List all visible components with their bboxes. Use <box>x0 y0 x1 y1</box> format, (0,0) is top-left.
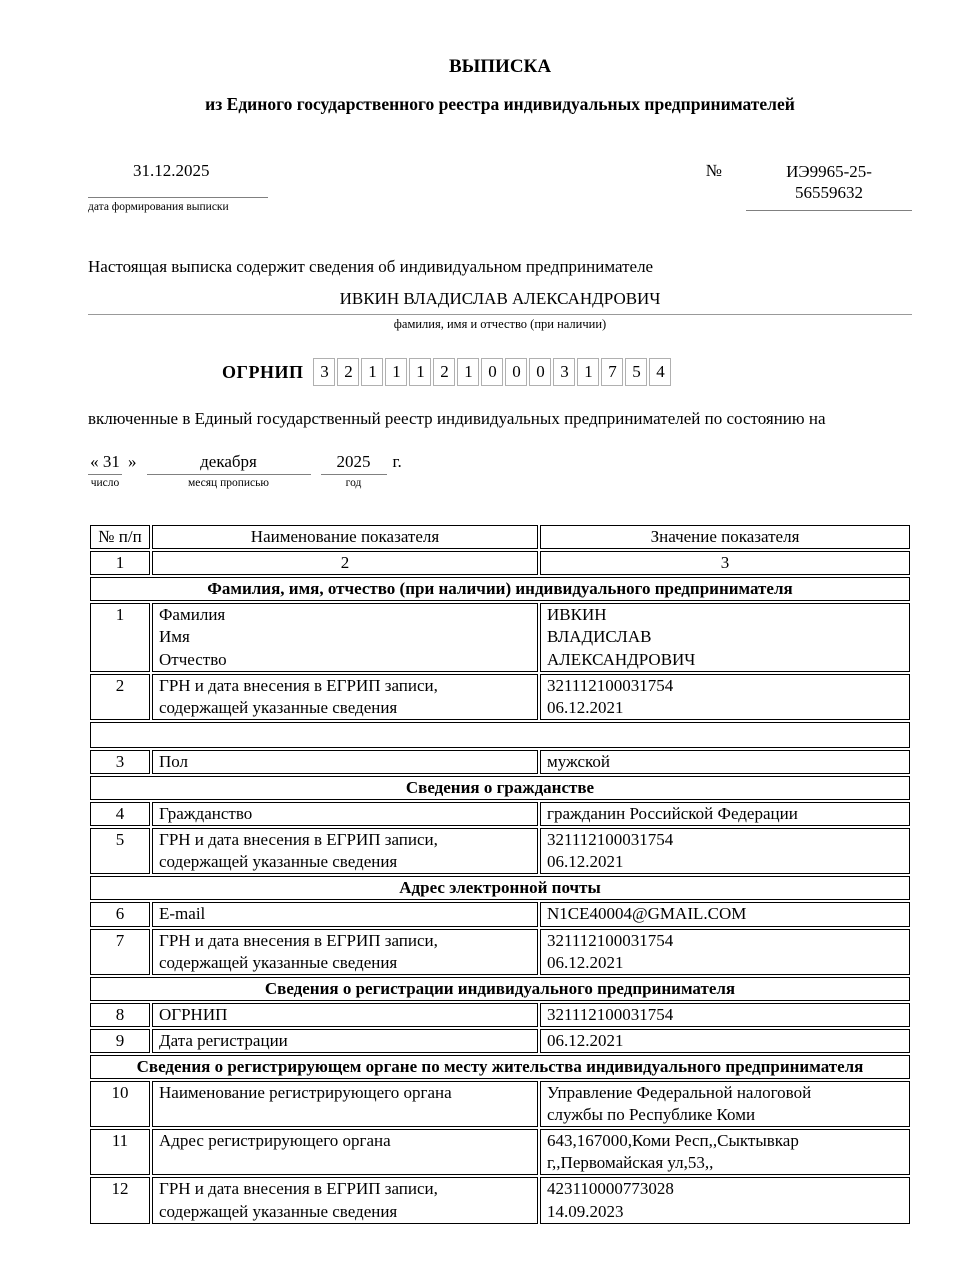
column-numbers-row: 1 2 3 <box>90 551 910 575</box>
row-name: ГРН и дата внесения в ЕГРИП записи, соде… <box>152 1177 538 1223</box>
month-field-group: декабря месяц прописью <box>147 452 311 489</box>
spacer-row <box>90 722 910 748</box>
ogrnip-digit-box: 1 <box>361 358 383 386</box>
day-label: число <box>88 477 122 489</box>
as-of-date-row: « 31 число » декабря месяц прописью 2025… <box>88 452 912 489</box>
table-row: 2 ГРН и дата внесения в ЕГРИП записи, со… <box>90 674 910 720</box>
number-sign: № <box>706 161 722 181</box>
table-row: 12 ГРН и дата внесения в ЕГРИП записи, с… <box>90 1177 910 1223</box>
col-number: 1 <box>90 551 150 575</box>
row-num: 5 <box>90 828 150 874</box>
row-name: ГРН и дата внесения в ЕГРИП записи, соде… <box>152 674 538 720</box>
included-text: включенные в Единый государственный реес… <box>88 408 858 430</box>
row-name: Пол <box>152 750 538 774</box>
year-suffix-group: г. <box>393 452 402 475</box>
row-num: 8 <box>90 1003 150 1027</box>
row-num: 3 <box>90 750 150 774</box>
open-quote: « <box>90 452 99 471</box>
row-value: N1CE40004@GMAIL.COM <box>540 902 910 926</box>
header-value: Значение показателя <box>540 525 910 549</box>
ogrnip-digit-box: 0 <box>529 358 551 386</box>
table-row: 5 ГРН и дата внесения в ЕГРИП записи, со… <box>90 828 910 874</box>
ogrnip-digit-box: 1 <box>457 358 479 386</box>
year-suffix: г. <box>393 452 402 475</box>
section-title: Сведения о регистрирующем органе по мест… <box>90 1055 910 1079</box>
ogrnip-digit-box: 4 <box>649 358 671 386</box>
section-row: Адрес электронной почты <box>90 876 910 900</box>
formation-date-label: дата формирования выписки <box>88 201 268 213</box>
table-row: 10 Наименование регистрирующего органа У… <box>90 1081 910 1127</box>
row-name: Гражданство <box>152 802 538 826</box>
table-row: 3 Пол мужской <box>90 750 910 774</box>
close-quote: » <box>128 452 137 475</box>
table-row: 8 ОГРНИП 321112100031754 <box>90 1003 910 1027</box>
year-field-group: 2025 год <box>321 452 387 489</box>
row-value: 321112100031754 06.12.2021 <box>540 828 910 874</box>
row-name: Дата регистрации <box>152 1029 538 1053</box>
formation-date: 31.12.2025 <box>88 161 268 198</box>
ogrnip-digit-box: 2 <box>337 358 359 386</box>
ogrnip-digit-box: 5 <box>625 358 647 386</box>
ogrnip-digit-box: 3 <box>313 358 335 386</box>
row-num: 2 <box>90 674 150 720</box>
table-row: 4 Гражданство гражданин Российской Федер… <box>90 802 910 826</box>
entrepreneur-name: ИВКИН ВЛАДИСЛАВ АЛЕКСАНДРОВИЧ <box>88 289 912 315</box>
document-number: ИЭ9965-25-56559632 <box>766 161 892 204</box>
year-label: год <box>321 477 387 489</box>
row-name: Адрес регистрирующего органа <box>152 1129 538 1175</box>
header-name: Наименование показателя <box>152 525 538 549</box>
row-value: 643,167000,Коми Респ,,Сыктывкар г,,Перво… <box>540 1129 910 1175</box>
ogrnip-digit-box: 3 <box>553 358 575 386</box>
row-value: Управление Федеральной налоговой службы … <box>540 1081 910 1127</box>
row-num: 1 <box>90 603 150 671</box>
meta-row: 31.12.2025 дата формирования выписки № И… <box>88 161 912 213</box>
year-field: 2025 <box>321 452 387 475</box>
row-num: 9 <box>90 1029 150 1053</box>
col-number: 2 <box>152 551 538 575</box>
day-field: « 31 <box>88 452 122 475</box>
ogrnip-digit-box: 0 <box>481 358 503 386</box>
row-num: 6 <box>90 902 150 926</box>
row-value: 321112100031754 <box>540 1003 910 1027</box>
section-title: Сведения о гражданстве <box>90 776 910 800</box>
month-field: декабря <box>147 452 311 475</box>
row-value: мужской <box>540 750 910 774</box>
row-num: 7 <box>90 929 150 975</box>
ogrnip-row: ОГРНИП 3 2 1 1 1 2 1 0 0 0 3 1 7 5 4 <box>222 358 912 386</box>
document-title: ВЫПИСКА <box>88 56 912 78</box>
table-row: 9 Дата регистрации 06.12.2021 <box>90 1029 910 1053</box>
section-title: Адрес электронной почты <box>90 876 910 900</box>
section-title: Сведения о регистрации индивидуального п… <box>90 977 910 1001</box>
formation-date-block: 31.12.2025 дата формирования выписки <box>88 161 268 213</box>
row-value: гражданин Российской Федерации <box>540 802 910 826</box>
document-page: ВЫПИСКА из Единого государственного реес… <box>0 0 973 1270</box>
ogrnip-digit-box: 1 <box>577 358 599 386</box>
document-number-underline: ИЭ9965-25-56559632 <box>746 161 912 211</box>
row-num: 11 <box>90 1129 150 1175</box>
row-num: 10 <box>90 1081 150 1127</box>
section-row: Сведения о регистрации индивидуального п… <box>90 977 910 1001</box>
month-label: месяц прописью <box>147 477 311 489</box>
row-value: 321112100031754 06.12.2021 <box>540 674 910 720</box>
ogrnip-digit-box: 7 <box>601 358 623 386</box>
row-value: 321112100031754 06.12.2021 <box>540 929 910 975</box>
section-row: Сведения о гражданстве <box>90 776 910 800</box>
section-title: Фамилия, имя, отчество (при наличии) инд… <box>90 577 910 601</box>
row-name: ГРН и дата внесения в ЕГРИП записи, соде… <box>152 929 538 975</box>
table-row: 6 E-mail N1CE40004@GMAIL.COM <box>90 902 910 926</box>
section-row: Сведения о регистрирующем органе по мест… <box>90 1055 910 1079</box>
row-name: E-mail <box>152 902 538 926</box>
document-subtitle: из Единого государственного реестра инди… <box>88 94 912 115</box>
table-header-row: № п/п Наименование показателя Значение п… <box>90 525 910 549</box>
row-name: Наименование регистрирующего органа <box>152 1081 538 1127</box>
table-row: 1 Фамилия Имя Отчество ИВКИН ВЛАДИСЛАВ А… <box>90 603 910 671</box>
ogrnip-digit-box: 1 <box>385 358 407 386</box>
info-table: № п/п Наименование показателя Значение п… <box>88 523 912 1226</box>
ogrnip-digit-box: 2 <box>433 358 455 386</box>
day-field-group: « 31 число <box>88 452 122 489</box>
table-row: 11 Адрес регистрирующего органа 643,1670… <box>90 1129 910 1175</box>
row-value: 423110000773028 14.09.2023 <box>540 1177 910 1223</box>
name-caption: фамилия, имя и отчество (при наличии) <box>88 317 912 332</box>
row-name: Фамилия Имя Отчество <box>152 603 538 671</box>
ogrnip-digit-box: 0 <box>505 358 527 386</box>
spacer-cell <box>90 722 910 748</box>
ogrnip-label: ОГРНИП <box>222 362 303 383</box>
day-value: 31 <box>103 452 120 471</box>
close-quote-group: » <box>128 452 137 475</box>
row-num: 12 <box>90 1177 150 1223</box>
header-num: № п/п <box>90 525 150 549</box>
row-value: 06.12.2021 <box>540 1029 910 1053</box>
row-name: ОГРНИП <box>152 1003 538 1027</box>
table-row: 7 ГРН и дата внесения в ЕГРИП записи, со… <box>90 929 910 975</box>
row-name: ГРН и дата внесения в ЕГРИП записи, соде… <box>152 828 538 874</box>
intro-text: Настоящая выписка содержит сведения об и… <box>88 257 912 277</box>
col-number: 3 <box>540 551 910 575</box>
section-row: Фамилия, имя, отчество (при наличии) инд… <box>90 577 910 601</box>
row-value: ИВКИН ВЛАДИСЛАВ АЛЕКСАНДРОВИЧ <box>540 603 910 671</box>
row-num: 4 <box>90 802 150 826</box>
ogrnip-digit-box: 1 <box>409 358 431 386</box>
document-number-block: № ИЭ9965-25-56559632 <box>706 161 912 213</box>
